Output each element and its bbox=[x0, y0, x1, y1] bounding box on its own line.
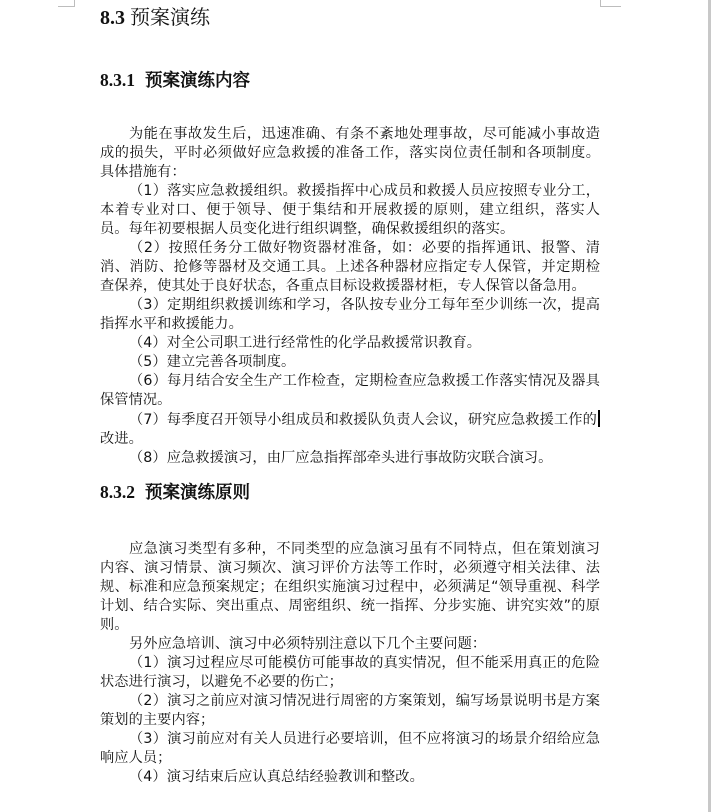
list-item: （1）落实应急救援组织。救援指挥中心成员和救援人员应按照专业分工，本着专业对口、… bbox=[100, 182, 600, 239]
list-item: （2）按照任务分工做好物资器材准备，如：必要的指挥通讯、报警、清消、消防、抢修等… bbox=[100, 239, 600, 296]
list-item-text: （7）每季度召开领导小组成员和救援队负责人会议，研究应急救援工作的 bbox=[129, 412, 597, 428]
section-number: 8.3 bbox=[100, 7, 125, 29]
list-item: （4）演习结束后应认真总结经验教训和整改。 bbox=[100, 768, 600, 787]
list-item: （3）定期组织救援训练和学习，各队按专业分工每年至少训练一次，提高指挥水平和救援… bbox=[100, 296, 600, 334]
subsection-title: 预案演练内容 bbox=[145, 70, 250, 90]
text-cursor bbox=[598, 410, 600, 427]
section-title: 预案演练 bbox=[130, 7, 210, 29]
paragraph: 为能在事故发生后，迅速准确、有条不紊地处理事故，尽可能减小事故造成的损失，平时必… bbox=[100, 125, 600, 182]
subsection-title: 预案演练原则 bbox=[145, 482, 250, 502]
list-item: （7）每季度召开领导小组成员和救援队负责人会议，研究应急救援工作的改进。 bbox=[100, 410, 600, 449]
subsection-heading-1: 8.3.1预案演练内容 bbox=[100, 69, 250, 91]
list-item: （6）每月结合安全生产工作检查，定期检查应急救援工作落实情况及器具保管情况。 bbox=[100, 372, 600, 410]
list-item: （8）应急救援演习，由厂应急指挥部牵头进行事故防灾联合演习。 bbox=[100, 449, 600, 468]
subsection-number: 8.3.2 bbox=[100, 482, 135, 502]
subsection-heading-2: 8.3.2预案演练原则 bbox=[100, 481, 250, 503]
subsection-2-body[interactable]: 应急演习类型有多种，不同类型的应急演习虽有不同特点，但在策划演习内容、演习情景、… bbox=[100, 540, 600, 787]
list-item: （5）建立完善各项制度。 bbox=[100, 353, 600, 372]
section-heading: 8.3 预案演练 bbox=[100, 6, 210, 30]
page-corner-mark-top-right bbox=[600, 0, 621, 7]
list-item: （3）演习前应对有关人员进行必要培训，但不应将演习的场景介绍给应急响应人员； bbox=[100, 730, 600, 768]
subsection-number: 8.3.1 bbox=[100, 70, 135, 90]
subsection-1-body[interactable]: 为能在事故发生后，迅速准确、有条不紊地处理事故，尽可能减小事故造成的损失，平时必… bbox=[100, 125, 600, 468]
list-item: （4）对全公司职工进行经常性的化学品救援常识教育。 bbox=[100, 334, 600, 353]
paragraph: 另外应急培训、演习中必须特别注意以下几个主要问题： bbox=[100, 635, 600, 654]
paragraph: 应急演习类型有多种，不同类型的应急演习虽有不同特点，但在策划演习内容、演习情景、… bbox=[100, 540, 600, 635]
list-item: （2）演习之前应对演习情况进行周密的方案策划，编写场景说明书是方案策划的主要内容… bbox=[100, 692, 600, 730]
page-corner-mark-top-left bbox=[58, 0, 75, 7]
list-item: （1）演习过程应尽可能模仿可能事故的真实情况，但不能采用真正的危险状态进行演习，… bbox=[100, 654, 600, 692]
list-item-text: 改进。 bbox=[100, 431, 143, 447]
